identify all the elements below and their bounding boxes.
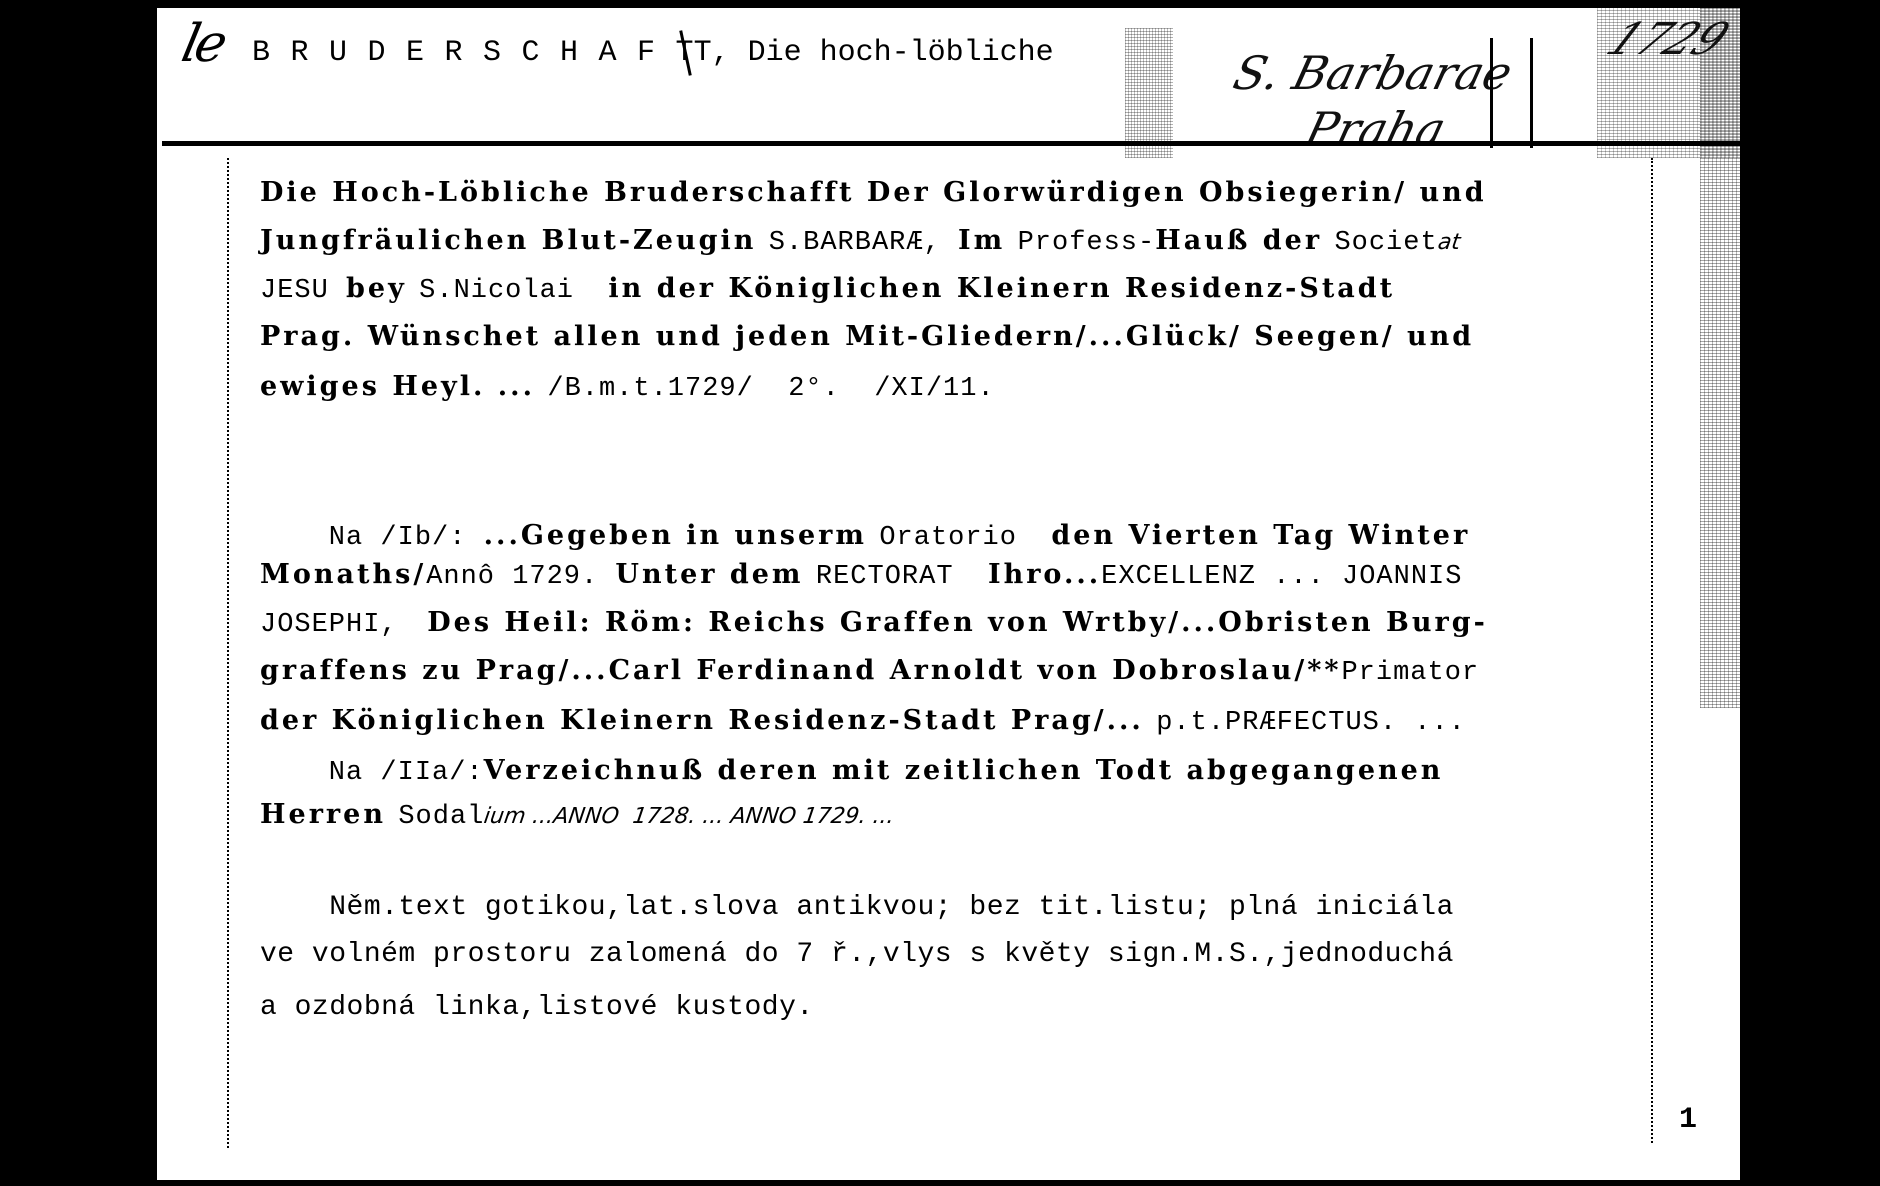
margin-handwritten-mark: le bbox=[177, 14, 229, 74]
heading-main: BRUDERSCHAF bbox=[252, 36, 676, 70]
text-segment: der Königlichen Kleinern Residenz-Stadt … bbox=[260, 705, 1156, 736]
text-segment: ewiges Heyl. ... bbox=[260, 371, 547, 402]
text-line: Na /Ib/: ...Gegeben in unserm Oratorio d… bbox=[260, 521, 1470, 553]
scan-noise-header bbox=[1125, 28, 1173, 158]
handwritten-title: S. Barbarae bbox=[1228, 46, 1517, 100]
text-line: Herren Sodalium ...ANNO 1728. ... ANNO 1… bbox=[260, 800, 894, 832]
text-segment: Oratorio bbox=[879, 523, 1051, 553]
description-line: a ozdobná linka,listové kustody. bbox=[260, 993, 814, 1023]
text-segment: Des Heil: Röm: Reichs Graffen von Wrtby/… bbox=[415, 607, 1488, 638]
text-segment: Primator bbox=[1341, 658, 1479, 688]
text-segment: ...Gegeben in unserm bbox=[484, 520, 880, 551]
text-segment: Na /Ib/: bbox=[260, 523, 484, 553]
text-line: der Königlichen Kleinern Residenz-Stadt … bbox=[260, 706, 1466, 738]
right-margin-line bbox=[1651, 158, 1653, 1143]
catalog-card: le BRUDERSCHAFTT, Die hoch-löbliche S. B… bbox=[157, 8, 1740, 1180]
text-line: Die Hoch-Löbliche Bruderschafft Der Glor… bbox=[260, 178, 1487, 210]
text-line: Monaths/Annô 1729. Unter dem RECTORAT Ih… bbox=[260, 560, 1462, 592]
heading-rest: T, Die hoch-löbliche bbox=[694, 36, 1054, 70]
page-number: 1 bbox=[1679, 1103, 1697, 1137]
description-line: Něm.text gotikou,lat.slova antikvou; bez… bbox=[260, 893, 1454, 923]
text-segment: Annô 1729. bbox=[426, 562, 615, 592]
text-segment: JESU bbox=[260, 276, 346, 306]
text-segment: at bbox=[1436, 228, 1462, 258]
handwritten-place: Praha bbox=[1300, 102, 1451, 156]
text-segment: Ihro... bbox=[988, 559, 1101, 590]
text-segment: Na /IIa/: bbox=[260, 758, 484, 788]
text-segment: Im bbox=[958, 225, 1018, 256]
text-segment: in der Königlichen Kleinern Residenz-Sta… bbox=[608, 273, 1395, 304]
text-segment: den Vierten Tag Winter bbox=[1051, 520, 1470, 551]
left-margin-line bbox=[227, 158, 229, 1148]
text-segment: Verzeichnuß deren mit zeitlichen Todt ab… bbox=[484, 755, 1444, 786]
text-segment: Hauß der bbox=[1155, 225, 1334, 256]
text-segment: p.t.PRÆFECTUS. ... bbox=[1156, 708, 1466, 738]
text-line: graffens zu Prag/...Carl Ferdinand Arnol… bbox=[260, 656, 1479, 688]
text-line: JOSEPHI, Des Heil: Röm: Reichs Graffen v… bbox=[260, 608, 1488, 640]
text-segment: EXCELLENZ ... JOANNIS bbox=[1101, 562, 1462, 592]
text-segment: Sodal bbox=[398, 802, 484, 832]
description-line: ve volném prostoru zalomená do 7 ř.,vlys… bbox=[260, 940, 1454, 970]
text-line: JESU bey S.Nicolai in der Königlichen Kl… bbox=[260, 274, 1395, 306]
scan-noise-right-edge bbox=[1700, 8, 1740, 708]
text-segment: Societ bbox=[1334, 228, 1437, 258]
header-vertical-bar-right bbox=[1530, 38, 1533, 148]
text-line: Jungfräulichen Blut-Zeugin S.BARBARÆ, Im… bbox=[260, 226, 1460, 258]
text-segment: Jungfräulichen Blut-Zeugin bbox=[260, 225, 769, 256]
header-rule bbox=[162, 141, 1740, 146]
text-line: ewiges Heyl. ... /B.m.t.1729/ 2°. /XI/11… bbox=[260, 372, 995, 404]
text-segment: Monaths/ bbox=[260, 559, 426, 590]
text-segment: S.Nicolai bbox=[419, 276, 608, 306]
text-segment: RECTORAT bbox=[816, 562, 988, 592]
text-line: Na /IIa/:Verzeichnuß deren mit zeitliche… bbox=[260, 756, 1443, 788]
text-segment: ** bbox=[1307, 655, 1341, 686]
text-segment: Profess- bbox=[1018, 228, 1156, 258]
text-line: Prag. Wünschet allen und jeden Mit-Glied… bbox=[260, 322, 1474, 354]
heading-struck-letter: T bbox=[676, 36, 694, 70]
text-segment: S.BARBARÆ, bbox=[769, 228, 958, 258]
card-heading: BRUDERSCHAFTT, Die hoch-löbliche bbox=[252, 36, 1054, 70]
text-segment: ium ...ANNO 1728. ... ANNO 1729. ... bbox=[482, 802, 896, 832]
text-segment: Herren bbox=[260, 799, 398, 830]
text-segment: graffens zu Prag/...Carl Ferdinand Arnol… bbox=[260, 655, 1307, 686]
text-segment: Unter dem bbox=[615, 559, 815, 590]
text-segment: Die Hoch-Löbliche Bruderschafft Der Glor… bbox=[260, 177, 1487, 208]
text-segment: JOSEPHI, bbox=[260, 610, 415, 640]
text-segment: Prag. Wünschet allen und jeden Mit-Glied… bbox=[260, 321, 1474, 352]
text-segment: bey bbox=[346, 273, 419, 304]
header-vertical-bar-left bbox=[1490, 38, 1493, 148]
text-segment: /B.m.t.1729/ 2°. /XI/11. bbox=[547, 374, 994, 404]
